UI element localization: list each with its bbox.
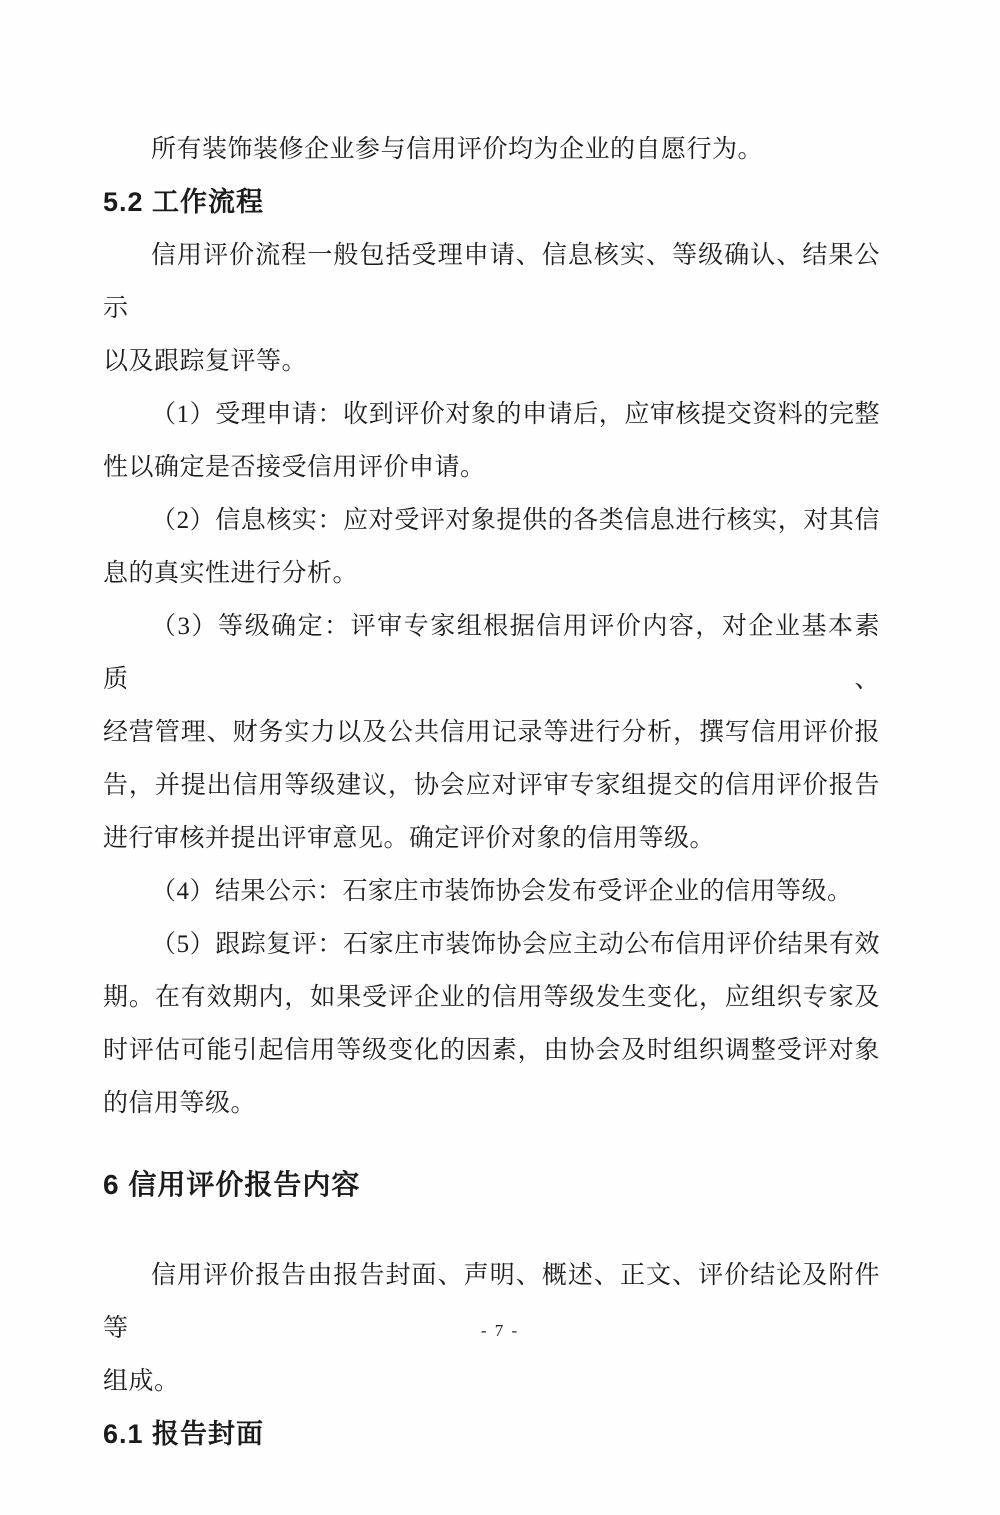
paragraph: 所有装饰装修企业参与信用评价均为企业的自愿行为。 [103, 123, 880, 176]
paragraph: （5）跟踪复评：石家庄市装饰协会应主动公布信用评价结果有效期。在有效期内，如果受… [103, 918, 880, 1130]
section-heading: 6 信用评价报告内容 [103, 1158, 880, 1211]
text-line: 进行审核并提出评审意见。确定评价对象的信用等级。 [103, 812, 880, 865]
text-line: 告，并提出信用等级建议，协会应对评审专家组提交的信用评价报告 [103, 759, 880, 812]
page-number: - 7 - [0, 1318, 1000, 1344]
paragraph: （1）受理申请：收到评价对象的申请后，应审核提交资料的完整性以确定是否接受信用评… [103, 388, 880, 494]
section-heading: 6.1 报告封面 [103, 1408, 880, 1461]
text-line: 期。在有效期内，如果受评企业的信用等级发生变化，应组织专家及 [103, 971, 880, 1024]
paragraph: （3）等级确定：评审专家组根据信用评价内容，对企业基本素质、经营管理、财务实力以… [103, 600, 880, 865]
text-line: （3）等级确定：评审专家组根据信用评价内容，对企业基本素质、 [103, 600, 880, 706]
text-line: 信用评价流程一般包括受理申请、信息核实、等级确认、结果公示 [103, 229, 880, 335]
document-page: 所有装饰装修企业参与信用评价均为企业的自愿行为。5.2 工作流程信用评价流程一般… [0, 0, 1000, 1515]
paragraph: 信用评价流程一般包括受理申请、信息核实、等级确认、结果公示以及跟踪复评等。 [103, 229, 880, 388]
text-line: 以及跟踪复评等。 [103, 335, 880, 388]
text-line: 性以确定是否接受信用评价申请。 [103, 441, 880, 494]
text-line: （5）跟踪复评：石家庄市装饰协会应主动公布信用评价结果有效 [103, 918, 880, 971]
text-line: 的信用等级。 [103, 1077, 880, 1130]
paragraph: （4）结果公示：石家庄市装饰协会发布受评企业的信用等级。 [103, 865, 880, 918]
paragraph: （2）信息核实：应对受评对象提供的各类信息进行核实，对其信息的真实性进行分析。 [103, 494, 880, 600]
text-line: 经营管理、财务实力以及公共信用记录等进行分析，撰写信用评价报 [103, 706, 880, 759]
text-line: 息的真实性进行分析。 [103, 547, 880, 600]
document-content: 所有装饰装修企业参与信用评价均为企业的自愿行为。5.2 工作流程信用评价流程一般… [103, 123, 880, 1461]
text-line: 所有装饰装修企业参与信用评价均为企业的自愿行为。 [103, 123, 880, 176]
text-line: （2）信息核实：应对受评对象提供的各类信息进行核实，对其信 [103, 494, 880, 547]
text-line: 组成。 [103, 1355, 880, 1408]
section-heading: 5.2 工作流程 [103, 176, 880, 229]
text-line: 时评估可能引起信用等级变化的因素，由协会及时组织调整受评对象 [103, 1024, 880, 1077]
text-line: （4）结果公示：石家庄市装饰协会发布受评企业的信用等级。 [103, 865, 880, 918]
text-line: （1）受理申请：收到评价对象的申请后，应审核提交资料的完整 [103, 388, 880, 441]
